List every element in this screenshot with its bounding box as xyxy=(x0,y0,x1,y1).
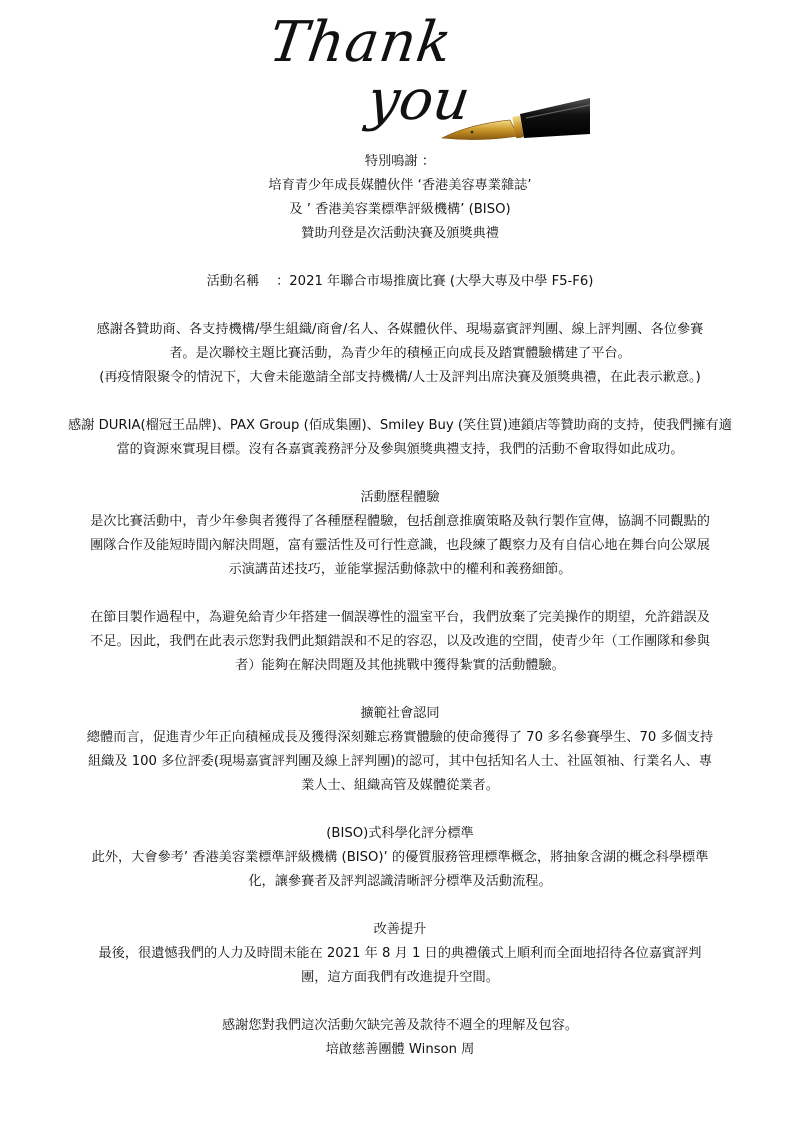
recognition-section: 擴範社會認同 總體而言，促進青少年正向積極成長及獲得深刻難忘務實體驗的使命獲得了… xyxy=(40,702,760,798)
paragraph-line: 感謝 DURIA(榴冠王品牌)、PAX Group (佰成集團)、Smiley … xyxy=(40,414,760,438)
paragraph-line: 團隊合作及能短時間內解決問題，富有靈活性及可行性意識，也段練了觀察力及有自信心地… xyxy=(40,534,760,558)
paragraph-line: 者。是次聯校主題比賽活動，為青少年的積極正向成長及踏實體驗構建了平台。 xyxy=(40,342,760,366)
fountain-pen-icon xyxy=(440,90,590,150)
acknowledgement-title: 特別鳴謝 ： xyxy=(40,150,760,174)
paragraph-line: 最後，很遺憾我們的人力及時間未能在 2021 年 8 月 1 日的典禮儀式上順利… xyxy=(40,942,760,966)
paragraph-line: 不足。因此，我們在此表示您對我們此類錯誤和不足的容忍，以及改進的空間，使青少年（… xyxy=(40,630,760,654)
paragraph-line: 感謝各贊助商、各支持機構/學生組織/商會/名人、各媒體伙伴、現場嘉賓評判團、線上… xyxy=(40,318,760,342)
event-name: 活動名稱 ：2021 年聯合市場推廣比賽 (大學大專及中學 F5-F6) xyxy=(40,270,760,294)
experience-section: 活動歷程體驗 是次比賽活動中，青少年參與者獲得了各種歷程體驗，包括創意推廣策略及… xyxy=(40,486,760,582)
paragraph-line: 示演講苗述技巧，並能掌握活動條款中的權利和義務細節。 xyxy=(40,558,760,582)
thanks-paragraph: 感謝各贊助商、各支持機構/學生組織/商會/名人、各媒體伙伴、現場嘉賓評判團、線上… xyxy=(40,318,760,390)
improve-section: 改善提升 最後，很遺憾我們的人力及時間未能在 2021 年 8 月 1 日的典禮… xyxy=(40,918,760,990)
event-value: ：2021 年聯合市場推廣比賽 (大學大專及中學 F5-F6) xyxy=(276,274,593,289)
section-title: (BISO)式科學化評分標準 xyxy=(40,822,760,846)
acknowledgement-line: 及 ’ 香港美容業標準評級機構’ (BISO) xyxy=(40,198,760,222)
closing-line: 感謝您對我們這次活動欠缺完善及款待不週全的理解及包容。 xyxy=(40,1014,760,1038)
paragraph-line: 在節目製作過程中，為避免給青少年搭建一個誤導性的溫室平台，我們放棄了完美操作的期… xyxy=(40,606,760,630)
biso-section: (BISO)式科學化評分標準 此外，大會參考’ 香港美容業標準評級機構 (BIS… xyxy=(40,822,760,894)
thank-script-text: Thank xyxy=(265,10,456,75)
paragraph-line: 當的資源來實現目標。沒有各嘉賓義務評分及參與頒獎典禮支持，我們的活動不會取得如此… xyxy=(40,438,760,462)
paragraph-line: 總體而言，促進青少年正向積極成長及獲得深刻難忘務實體驗的使命獲得了 70 多名參… xyxy=(40,726,760,750)
paragraph-line: 業人士、組織高管及媒體從業者。 xyxy=(40,774,760,798)
signature: 培啟慈善團體 Winson 周 xyxy=(40,1038,760,1062)
acknowledgement-line: 贊助刋登是次活動決賽及頒獎典禮 xyxy=(40,222,760,246)
sponsors-paragraph: 感謝 DURIA(榴冠王品牌)、PAX Group (佰成集團)、Smiley … xyxy=(40,414,760,462)
paragraph-line: 組織及 100 多位評委(現場嘉賓評判團及線上評判團)的認可，其中包括知名人士、… xyxy=(40,750,760,774)
section-title: 擴範社會認同 xyxy=(40,702,760,726)
tolerance-paragraph: 在節目製作過程中，為避免給青少年搭建一個誤導性的溫室平台，我們放棄了完美操作的期… xyxy=(40,606,760,678)
paragraph-line: 化，讓參賽者及評判認識清晰評分標準及活動流程。 xyxy=(40,870,760,894)
event-label: 活動名稱 xyxy=(207,274,260,289)
section-title: 活動歷程體驗 xyxy=(40,486,760,510)
paragraph-line: 團，這方面我們有改進提升空間。 xyxy=(40,966,760,990)
acknowledgement-block: 特別鳴謝 ： 培育青少年成長媒體伙伴 ‘香港美容專業雜誌’ 及 ’ 香港美容業標… xyxy=(40,150,760,246)
paragraph-line: 者）能夠在解決問題及其他挑戰中獲得紮實的活動體驗。 xyxy=(40,654,760,678)
paragraph-line: 是次比賽活動中，青少年參與者獲得了各種歷程體驗，包括創意推廣策略及執行製作宣傳，… xyxy=(40,510,760,534)
paragraph-line: (再疫情限聚令的情況下，大會未能邀請全部支持機構/人士及評判出席決賽及頒獎典禮，… xyxy=(40,366,760,390)
section-title: 改善提升 xyxy=(40,918,760,942)
acknowledgement-line: 培育青少年成長媒體伙伴 ‘香港美容專業雜誌’ xyxy=(40,174,760,198)
paragraph-line: 此外，大會參考’ 香港美容業標準評級機構 (BISO)’ 的優質服務管理標準概念… xyxy=(40,846,760,870)
closing-block: 感謝您對我們這次活動欠缺完善及款待不週全的理解及包容。 培啟慈善團體 Winso… xyxy=(40,1014,760,1062)
document-body: 特別鳴謝 ： 培育青少年成長媒體伙伴 ‘香港美容專業雜誌’ 及 ’ 香港美容業標… xyxy=(40,150,760,1062)
